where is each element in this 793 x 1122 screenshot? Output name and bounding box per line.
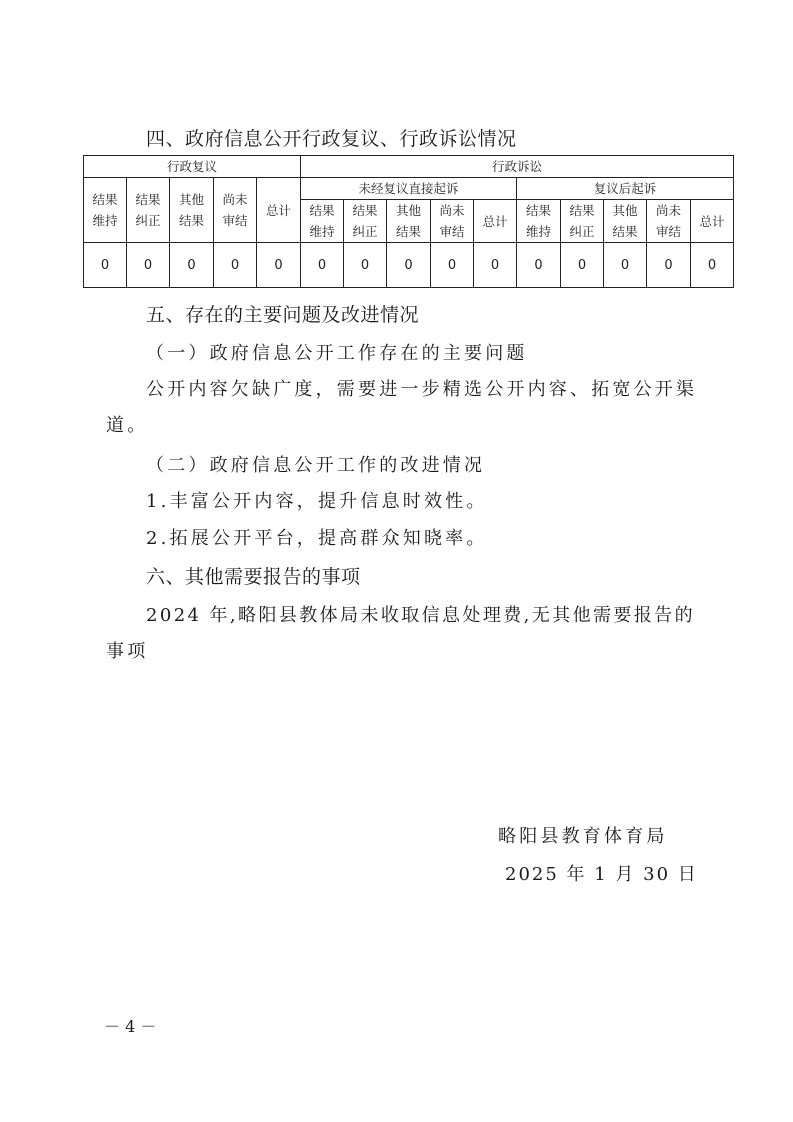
signature-org: 略阳县教育体育局 xyxy=(498,822,668,848)
col-direct-pending: 尚未审结 xyxy=(431,200,474,243)
col-after-other: 其他结果 xyxy=(604,200,647,243)
section6-heading: 六、其他需要报告的事项 xyxy=(146,562,361,589)
cell-value: 0 xyxy=(604,243,647,288)
cell-value: 0 xyxy=(691,243,734,288)
col-direct-corrected: 结果纠正 xyxy=(344,200,387,243)
header-direct-litigation: 未经复议直接起诉 xyxy=(301,178,517,200)
cell-value: 0 xyxy=(387,243,431,288)
cell-value: 0 xyxy=(84,243,127,288)
cell-value: 0 xyxy=(517,243,561,288)
signature-date: 2025 年 1 月 30 日 xyxy=(505,860,698,886)
cell-value: 0 xyxy=(431,243,474,288)
section6-text: 2024 年,略阳县教体局未收取信息处理费,无其他需要报告的 xyxy=(146,601,695,627)
header-admin-review: 行政复议 xyxy=(84,156,301,178)
section5-item2: 2.拓展公开平台，提高群众知晓率。 xyxy=(146,524,488,550)
cell-value: 0 xyxy=(214,243,257,288)
cell-value: 0 xyxy=(474,243,517,288)
col-after-pending: 尚未审结 xyxy=(647,200,691,243)
section5-sub2: （二）政府信息公开工作的改进情况 xyxy=(146,451,485,477)
header-litigation-after-review: 复议后起诉 xyxy=(517,178,734,200)
cell-value: 0 xyxy=(257,243,301,288)
section5-sub1-text-cont: 道。 xyxy=(106,411,148,437)
section5-item1: 1.丰富公开内容，提升信息时效性。 xyxy=(146,487,488,513)
cell-value: 0 xyxy=(561,243,604,288)
cell-value: 0 xyxy=(344,243,387,288)
col-direct-other: 其他结果 xyxy=(387,200,431,243)
col-direct-total: 总计 xyxy=(474,200,517,243)
col-review-pending: 尚未审结 xyxy=(214,178,257,243)
cell-value: 0 xyxy=(301,243,344,288)
col-after-upheld: 结果维持 xyxy=(517,200,561,243)
table-row: 0 0 0 0 0 0 0 0 0 0 0 0 0 0 0 xyxy=(84,243,734,288)
header-admin-litigation: 行政诉讼 xyxy=(301,156,734,178)
section5-heading: 五、存在的主要问题及改进情况 xyxy=(146,300,419,327)
section6-text-cont: 事项 xyxy=(106,637,148,663)
col-direct-upheld: 结果维持 xyxy=(301,200,344,243)
cell-value: 0 xyxy=(647,243,691,288)
cell-value: 0 xyxy=(170,243,214,288)
col-review-upheld: 结果维持 xyxy=(84,178,127,243)
review-litigation-table: 行政复议 行政诉讼 结果维持 结果纠正 其他结果 尚未审结 总计 未经复议直接起… xyxy=(83,155,734,288)
section5-sub1-text: 公开内容欠缺广度，需要进一步精选公开内容、拓宽公开渠 xyxy=(146,375,697,401)
section4-heading: 四、政府信息公开行政复议、行政诉讼情况 xyxy=(146,124,517,151)
col-review-total: 总计 xyxy=(257,178,301,243)
col-after-corrected: 结果纠正 xyxy=(561,200,604,243)
section5-sub1: （一）政府信息公开工作存在的主要问题 xyxy=(146,339,528,365)
col-review-other: 其他结果 xyxy=(170,178,214,243)
cell-value: 0 xyxy=(127,243,170,288)
page-number: － 4 － xyxy=(104,1014,156,1037)
col-review-corrected: 结果纠正 xyxy=(127,178,170,243)
col-after-total: 总计 xyxy=(691,200,734,243)
